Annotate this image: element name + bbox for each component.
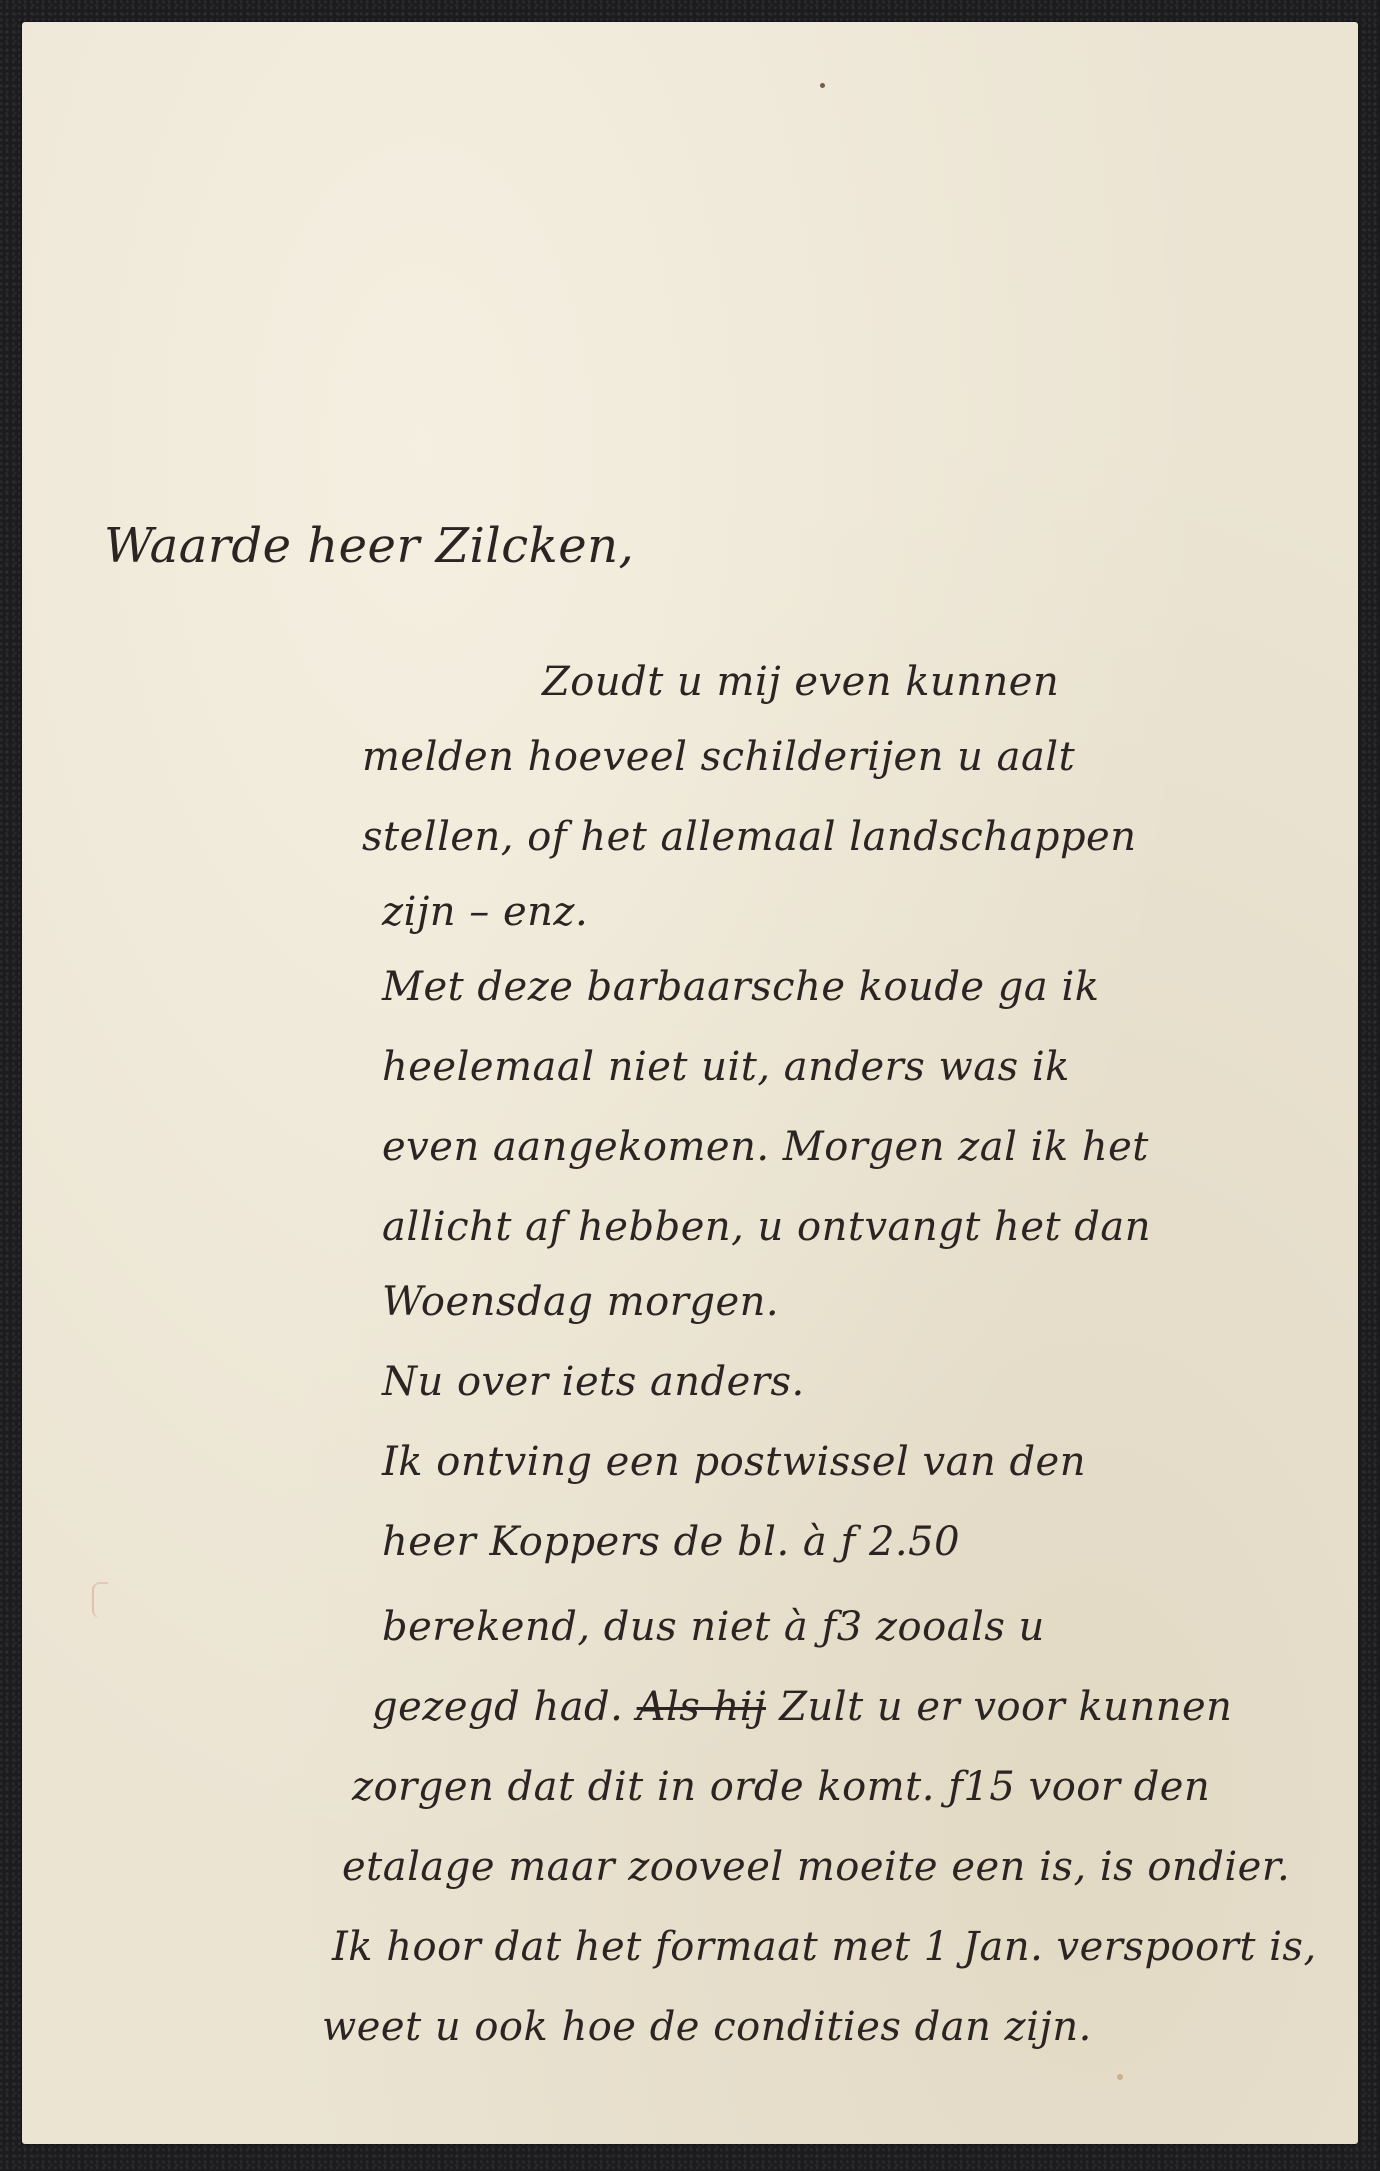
- letter-line: Met deze barbaarsche koude ga ik: [382, 967, 1100, 1007]
- paper-speck: [820, 83, 825, 88]
- struck-through-text: Als hij: [637, 1684, 766, 1730]
- paper-stain: [1117, 2074, 1123, 2080]
- letter-line: Ik ontving een postwissel van den: [382, 1442, 1086, 1482]
- pencil-mark: [92, 1582, 108, 1618]
- letter-line: Nu over iets anders.: [382, 1362, 805, 1402]
- letter-line: weet u ook hoe de condities dan zijn.: [322, 2007, 1092, 2047]
- salutation: Waarde heer Zilcken,: [104, 522, 634, 570]
- letter-line: Ik hoor dat het formaat met 1 Jan. versp…: [332, 1927, 1317, 1967]
- letter-line: zijn – enz.: [382, 892, 588, 932]
- line-text-continued: Zult u er voor kunnen: [779, 1684, 1232, 1730]
- letter-line: heer Koppers de bl. à ƒ 2.50: [382, 1522, 960, 1562]
- letter-line: even aangekomen. Morgen zal ik het: [382, 1127, 1149, 1167]
- letter-sheet: Waarde heer Zilcken, Zoudt u mij even ku…: [22, 22, 1358, 2144]
- letter-line: Woensdag morgen.: [382, 1282, 779, 1322]
- letter-line: gezegd had. Als hij Zult u er voor kunne…: [372, 1687, 1232, 1727]
- letter-line: melden hoeveel schilderijen u aalt: [362, 737, 1075, 777]
- letter-line: heelemaal niet uit, anders was ik: [382, 1047, 1070, 1087]
- letter-line: stellen, of het allemaal landschappen: [362, 817, 1136, 857]
- line-text: gezegd had.: [372, 1684, 623, 1730]
- letter-line: zorgen dat dit in orde komt. ƒ15 voor de…: [352, 1767, 1210, 1807]
- letter-line: allicht af hebben, u ontvangt het dan: [382, 1207, 1151, 1247]
- letter-line: berekend, dus niet à ƒ3 zooals u: [382, 1607, 1045, 1647]
- letter-line: etalage maar zooveel moeite een is, is o…: [342, 1847, 1290, 1887]
- letter-line: Zoudt u mij even kunnen: [542, 662, 1059, 702]
